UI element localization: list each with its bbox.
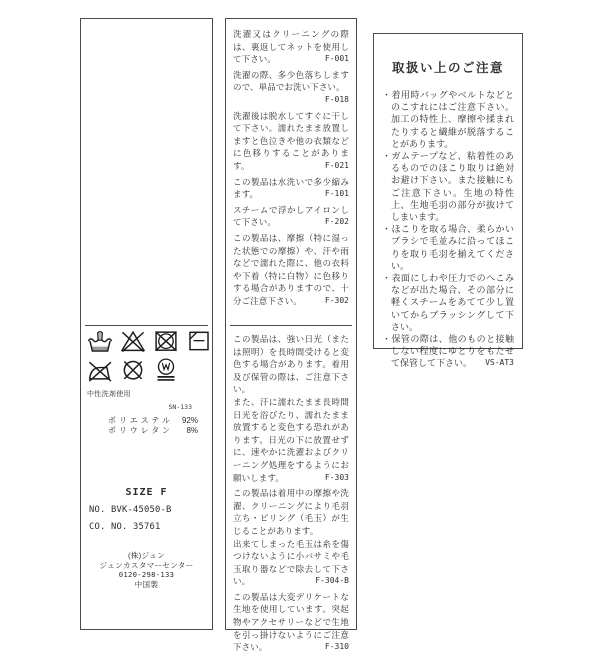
country-of-origin: 中国製 [81,580,212,590]
size-label: SIZE F [89,487,204,498]
handling-notes-title: 取扱い上のご注意 [374,58,522,76]
care-label-sheet: { "colors": { "border": "#4a4a4a", "text… [0,0,600,650]
do-not-bleach-icon [120,329,146,353]
instruction-code: F-018 [325,94,349,107]
care-label-left-panel: 中性洗剤使用 SN-133 ポリエステル 92% ポリウレタン 8% SIZE … [80,18,213,630]
material-row: ポリエステル 92% [87,416,198,426]
note-text: ・ガムテープなど、粘着性のあるものでのほこり取りは絶対お避け下さい。また接触にも… [382,151,514,222]
instruction-code: F-310 [325,641,349,654]
handling-note-item: ・ほこりを取る場合、柔らかいブラシで毛並みに沿ってほこりを取り毛羽を揃えてくださ… [382,223,514,272]
note-text: ・表面にしわや圧力でのへこみなどが出た場合、その部分に軽くスチームをあてて少し置… [382,273,514,332]
material-percent: 92% [170,416,198,426]
company-block: (株)ジュン ジュンカスタマーセンター 0120-298-133 中国製 [81,551,212,589]
care-label-middle-panel: 洗濯又はクリーニングの際は、裏返してネットを使用して下さい。F-001 洗濯の際… [225,18,357,630]
instruction-paragraph: この製品は、摩擦（特に湿った状態での摩擦）や、汗や雨などで濡れた際に、他の衣料や… [233,232,349,308]
detergent-note: 中性洗剤使用 [87,389,206,399]
instruction-code: F-302 [325,295,349,308]
customer-center: ジュンカスタマーセンター [81,561,212,571]
instruction-code: F-001 [325,53,349,66]
fold-line [230,325,352,326]
handling-notes-list: ・着用時バッグやベルトなどとのこすれにはご注意下さい。加工の特性上、摩擦や揉まれ… [374,89,522,370]
care-symbols-block: 中性洗剤使用 SN-133 ポリエステル 92% ポリウレタン 8% [87,329,206,435]
hand-wash-icon [87,329,113,353]
instruction-code: F-304-B [315,575,349,588]
instruction-text: この製品は着用中の摩擦や洗濯、クリーニングにより毛羽立ち・ピリング（毛玉）が生じ… [233,488,349,586]
instruction-paragraph: この製品は、強い日光（または照明）を長時間受けると変色する場合があります。着用及… [233,333,349,484]
instruction-paragraph: 洗濯の際、多少色落ちしますので、単品でお洗い下さい。F-018 [233,69,349,107]
handling-note-item: ・ガムテープなど、粘着性のあるものでのほこり取りは絶対お避け下さい。また接触にも… [382,150,514,223]
handling-note-item: ・表面にしわや圧力でのへこみなどが出た場合、その部分に軽くスチームをあてて少し置… [382,272,514,333]
handling-notes-panel: 取扱い上のご注意 ・着用時バッグやベルトなどとのこすれにはご注意下さい。加工の特… [373,33,523,349]
material-name: ポリウレタン [108,426,170,436]
instruction-code: F-303 [325,472,349,485]
do-not-dry-clean-icon [120,358,146,382]
company-name: (株)ジュン [81,551,212,561]
fold-line [85,325,208,326]
instruction-paragraph: スチームで浮かしアイロンして下さい。F-202 [233,204,349,229]
handling-note-item: ・保管の際は、他のものと接触しない程度にゆとりをもたせて保管して下さい。VS-A… [382,333,514,370]
material-name: ポリエステル [108,416,170,426]
care-symbols-row-2 [87,358,206,382]
material-composition: ポリエステル 92% ポリウレタン 8% [87,416,206,435]
instruction-paragraph: 洗濯後は脱水してすぐに干して下さい。濡れたまま放置しますと色泣きや他の衣類などに… [233,110,349,173]
note-code: VS-AT3 [494,357,514,369]
instruction-code: F-101 [325,188,349,201]
handling-note-item: ・着用時バッグやベルトなどとのこすれにはご注意下さい。加工の特性上、摩擦や揉まれ… [382,89,514,150]
care-symbols-row-1 [87,329,206,353]
do-not-iron-icon [87,358,113,382]
instruction-text: 洗濯の際、多少色落ちしますので、単品でお洗い下さい。 [233,70,349,93]
note-text: ・着用時バッグやベルトなどとのこすれにはご注意下さい。加工の特性上、摩擦や揉まれ… [382,90,514,149]
instruction-paragraph: この製品は大変デリケートな生地を使用しています。突起物やアクセサリーなどで生地を… [233,591,349,654]
material-percent: 8% [170,426,198,436]
co-number: CO. NO. 35761 [89,522,204,532]
instruction-code: F-021 [325,160,349,173]
wash-instructions-top: 洗濯又はクリーニングの際は、裏返してネットを使用して下さい。F-001 洗濯の際… [233,28,349,310]
instruction-paragraph: この製品は着用中の摩擦や洗濯、クリーニングにより毛羽立ち・ピリング（毛玉）が生じ… [233,487,349,588]
instruction-code: F-202 [325,216,349,229]
instruction-text: この製品は、強い日光（または照明）を長時間受けると変色する場合があります。着用及… [233,334,349,483]
product-number: NO. BVK-45050-B [89,505,204,515]
wash-instructions-bottom: この製品は、強い日光（または照明）を長時間受けると変色する場合があります。着用及… [233,333,349,657]
dry-flat-in-shade-icon [186,329,212,353]
quality-code: SN-133 [87,403,206,411]
size-product-block: SIZE F NO. BVK-45050-B CO. NO. 35761 [89,487,204,532]
note-text: ・ほこりを取る場合、柔らかいブラシで毛並みに沿ってほこりを取り毛羽を揃えてくださ… [382,224,514,271]
instruction-paragraph: この製品は水洗いで多少縮みます。F-101 [233,176,349,201]
wet-clean-very-gentle-icon [153,358,179,382]
material-row: ポリウレタン 8% [87,426,198,436]
do-not-tumble-dry-icon [153,329,179,353]
instruction-paragraph: 洗濯又はクリーニングの際は、裏返してネットを使用して下さい。F-001 [233,28,349,66]
phone-number: 0120-298-133 [81,570,212,580]
